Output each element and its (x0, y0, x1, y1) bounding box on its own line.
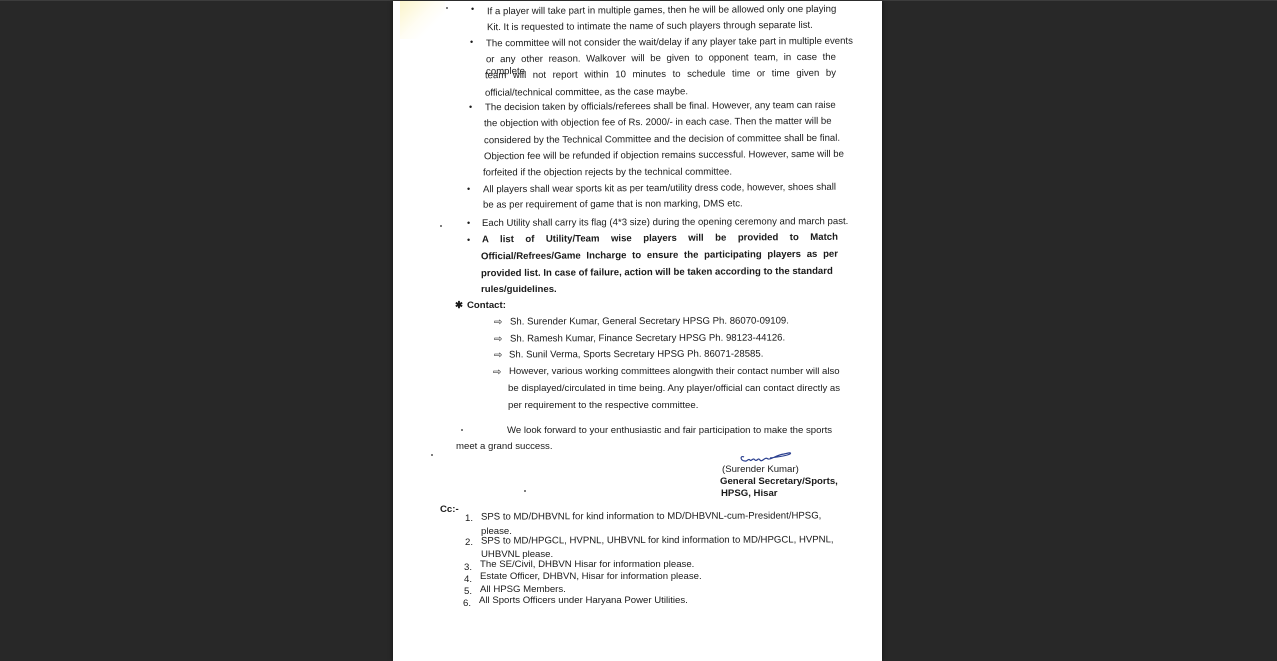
arrow-icon: ⇨ (494, 334, 502, 345)
signatory-org: HPSG, Hisar (721, 488, 778, 500)
contact-line: Sh. Surender Kumar, General Secretary HP… (510, 316, 789, 329)
bullet-line: Kit. It is requested to intimate the nam… (487, 20, 813, 34)
closing-line: We look forward to your enthusiastic and… (507, 425, 832, 437)
cc-number: 4. (464, 574, 472, 586)
scan-speck (446, 7, 448, 9)
bullet-line: If a player will take part in multiple g… (487, 4, 836, 18)
bullet-icon: • (467, 218, 470, 228)
bullet-line: considered by the Technical Committee an… (484, 133, 840, 147)
bullet-icon: • (471, 4, 474, 14)
document-page[interactable]: • If a player will take part in multiple… (393, 1, 882, 661)
scan-speck (524, 490, 526, 492)
bullet-line: official/technical committee, as the cas… (485, 86, 688, 99)
bullet-line: rules/guidelines. (481, 284, 557, 296)
cc-line: Estate Officer, DHBVN, Hisar for informa… (480, 571, 702, 583)
bullet-icon: • (467, 235, 470, 245)
arrow-icon: ⇨ (493, 367, 501, 378)
cc-line: The SE/Civil, DHBVN Hisar for informatio… (480, 559, 694, 571)
bullet-icon: • (467, 184, 470, 194)
cc-number: 2. (465, 537, 473, 549)
bullet-line: A list of Utility/Team wise players will… (482, 232, 838, 246)
bullet-line: The committee will not consider the wait… (486, 36, 853, 51)
contact-heading: Contact: (467, 300, 506, 312)
cc-line: All Sports Officers under Haryana Power … (479, 595, 688, 607)
arrow-icon: ⇨ (494, 317, 502, 328)
bullet-line: All players shall wear sports kit as per… (483, 182, 836, 196)
cc-number: 5. (464, 586, 472, 598)
bullet-line: be as per requirement of game that is no… (483, 198, 743, 211)
arrow-icon: ⇨ (494, 350, 502, 361)
contact-line: be displayed/circulated in time being. A… (508, 383, 840, 395)
closing-line: meet a grand success. (456, 441, 553, 453)
contact-line: Sh. Ramesh Kumar, Finance Secretary HPSG… (510, 333, 785, 346)
scan-speck (461, 429, 463, 431)
cc-number: 3. (464, 562, 472, 574)
bullet-line: The decision taken by officials/referees… (485, 100, 836, 114)
contact-marker-icon: ✱ (455, 300, 463, 312)
scan-speck (440, 225, 442, 227)
scan-corner-tint (400, 1, 445, 39)
cc-number: 6. (463, 598, 471, 610)
cc-line: SPS to MD/HPGCL, HVPNL, UHBVNL for kind … (481, 534, 834, 547)
scan-speck (431, 454, 433, 456)
cc-heading: Cc:- (440, 504, 459, 516)
contact-line: However, various working committees alon… (509, 366, 840, 378)
contact-line: per requirement to the respective commit… (508, 400, 698, 412)
bullet-line: provided list. In case of failure, actio… (481, 266, 833, 280)
bullet-line: the objection with objection fee of Rs. … (484, 116, 832, 130)
signatory-name: (Surender Kumar) (722, 464, 799, 476)
contact-line: Sh. Sunil Verma, Sports Secretary HPSG P… (509, 349, 763, 362)
bullet-line: Objection fee will be refunded if object… (484, 149, 844, 164)
signatory-title: General Secretary/Sports, (720, 476, 838, 488)
bullet-line: Each Utility shall carry its flag (4*3 s… (482, 216, 848, 230)
bullet-icon: • (469, 102, 472, 112)
bullet-line: forfeited if the objection rejects by th… (483, 167, 732, 180)
bullet-line: team will not report within 10 minutes t… (485, 68, 836, 82)
bullet-icon: • (470, 37, 473, 47)
cc-number: 1. (465, 513, 473, 525)
bullet-line: Official/Refrees/Game Incharge to ensure… (481, 249, 838, 263)
cc-line: SPS to MD/DHBVNL for kind information to… (481, 510, 821, 523)
